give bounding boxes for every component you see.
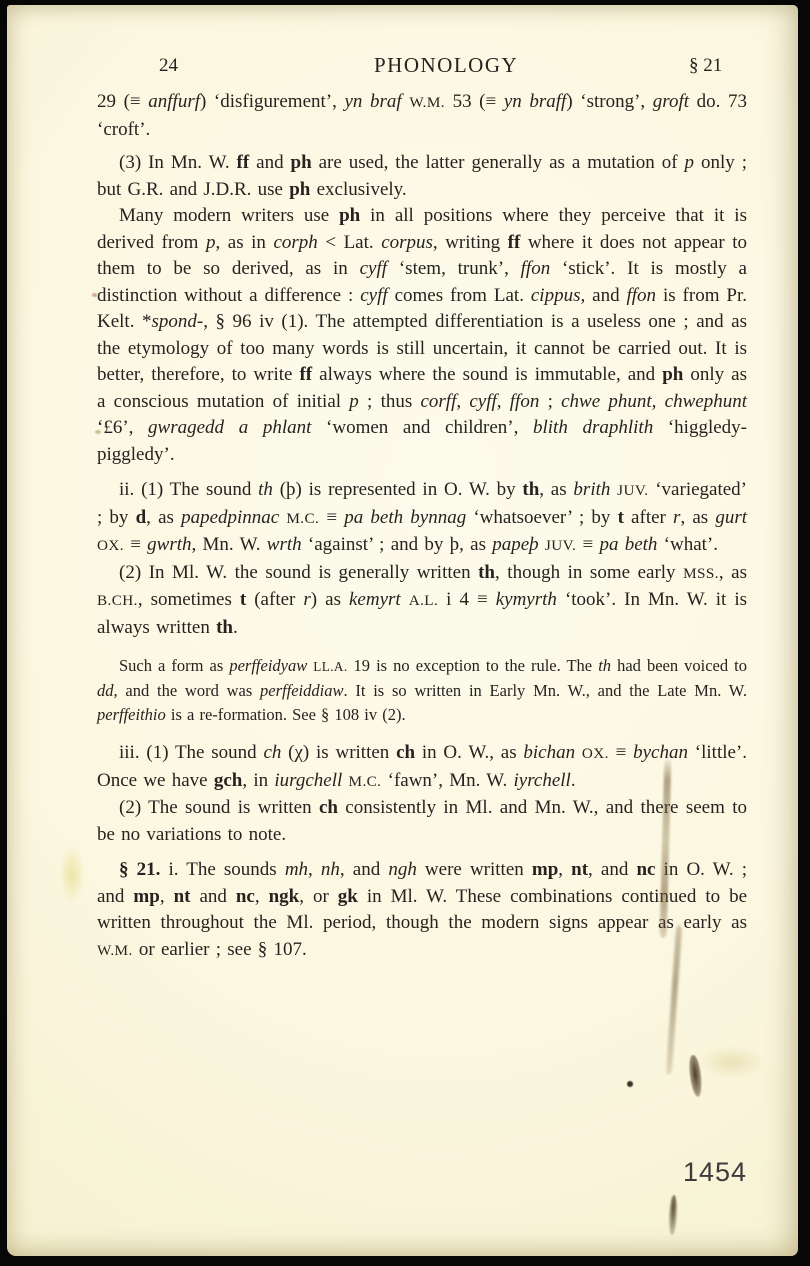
text-segment: yn braff	[504, 91, 567, 112]
text-segment: cyff	[360, 258, 387, 279]
text-segment: th	[478, 562, 495, 583]
text-segment: , in	[242, 770, 274, 791]
text-segment: ‘what’.	[657, 534, 718, 555]
text-segment: iurgchell	[274, 770, 342, 791]
text-segment: gurt	[715, 507, 747, 528]
text-segment: r	[303, 589, 310, 610]
running-title: PHONOLOGY	[374, 53, 518, 78]
text-segment: OX.	[97, 537, 124, 554]
text-segment: ,	[308, 859, 321, 880]
text-segment: ≡	[576, 534, 599, 555]
text-segment: or earlier ; see § 107.	[133, 939, 307, 960]
text-segment: (after	[246, 589, 303, 610]
text-segment: iyrchell	[514, 770, 571, 791]
text-segment: dd	[97, 681, 114, 700]
section-number: § 21	[689, 55, 722, 77]
text-segment: B.CH.	[97, 592, 138, 609]
text-segment: after	[624, 507, 673, 528]
text-segment: chwe phunt, chwephunt	[561, 391, 747, 412]
text-segment: ffon	[626, 285, 656, 306]
text-segment: , though in some early	[495, 562, 683, 583]
text-segment: < Lat.	[318, 232, 381, 253]
text-segment: ) ‘strong’,	[566, 91, 652, 112]
text-segment: wrth	[267, 534, 302, 555]
text-segment: corph	[273, 232, 317, 253]
text-segment: Many modern writers use	[119, 205, 339, 226]
text-segment: , Mn. W.	[192, 534, 267, 555]
text-segment: ) as	[311, 589, 349, 610]
text-segment: Such a form as	[119, 656, 229, 675]
text-segment: corff, cyff, ffon	[420, 391, 539, 412]
text-segment: always where the sound is immutable, and	[312, 364, 662, 385]
text-segment	[401, 589, 409, 610]
text-segment: spond-	[152, 311, 204, 332]
text-segment: ≡	[124, 534, 147, 555]
text-segment: ‘fawn’, Mn. W.	[381, 770, 513, 791]
text-segment: A.L.	[409, 592, 438, 609]
text-segment: th	[522, 479, 539, 500]
text-segment: W.M.	[409, 94, 445, 111]
text-segment: gch	[214, 770, 243, 791]
text-segment: d	[136, 507, 147, 528]
text-segment: and	[249, 152, 290, 173]
paper-smudge	[697, 1045, 767, 1079]
text-segment: mp	[532, 859, 558, 880]
text-segment: M.C.	[286, 510, 319, 527]
text-segment	[575, 742, 582, 763]
text-segment: OX.	[582, 745, 609, 762]
text-segment: perffeithio	[97, 705, 166, 724]
text-segment: ff	[237, 152, 250, 173]
text-segment: ‘stem, trunk’,	[387, 258, 521, 279]
text-segment: ph	[291, 152, 312, 173]
paragraph: (2) In Ml. W. the sound is generally wri…	[97, 560, 747, 642]
text-segment: 29 (≡	[97, 91, 148, 112]
text-segment: nc	[236, 886, 255, 907]
text-segment: , sometimes	[138, 589, 240, 610]
text-segment: , and the word was	[114, 681, 261, 700]
text-segment: iii. (1) The sound	[119, 742, 263, 763]
text-segment: bychan	[633, 742, 688, 763]
text-segment: nh	[321, 859, 340, 880]
text-segment: ,	[255, 886, 269, 907]
text-segment: ≡	[609, 742, 633, 763]
text-segment: , and	[340, 859, 388, 880]
text-segment: p	[349, 391, 359, 412]
text-segment: ‘whatsoever’ ; by	[466, 507, 617, 528]
paragraph: ii. (1) The sound th (þ) is represented …	[97, 477, 747, 560]
paragraph: 29 (≡ anffurf) ‘disfigurement’, yn braf …	[97, 89, 747, 143]
text-segment: ch	[263, 742, 281, 763]
text-segment: .	[571, 770, 576, 791]
text-segment: gk	[338, 886, 358, 907]
text-segment: i 4 ≡	[438, 589, 496, 610]
text-segment: ch	[396, 742, 415, 763]
text-segment: , as	[719, 562, 747, 583]
text-segment: pa beth bynnag	[344, 507, 466, 528]
text-segment: ,	[558, 859, 571, 880]
text-segment: groft	[653, 91, 689, 112]
text-segment: nt	[174, 886, 191, 907]
paper-smudge	[59, 845, 85, 905]
text-segment: corpus	[381, 232, 433, 253]
text-segment: (χ) is written	[281, 742, 396, 763]
text-segment: nc	[636, 859, 655, 880]
text-segment: , writing	[433, 232, 508, 253]
text-segment: ch	[319, 797, 338, 818]
paragraph: Many modern writers use ph in all positi…	[97, 203, 747, 468]
text-segment: ph	[339, 205, 360, 226]
text-segment: ph	[662, 364, 683, 385]
text-segment: mh	[285, 859, 308, 880]
scan-frame: 24 PHONOLOGY § 21 29 (≡ anffurf) ‘disfig…	[0, 0, 810, 1266]
text-segment: , as in	[215, 232, 273, 253]
text-segment: ngh	[388, 859, 417, 880]
book-page: 24 PHONOLOGY § 21 29 (≡ anffurf) ‘disfig…	[7, 5, 798, 1256]
text-segment: bichan	[523, 742, 575, 763]
text-segment: papeþ	[492, 534, 538, 555]
ink-stain-blob	[688, 1055, 703, 1098]
paragraph: (3) In Mn. W. ff and ph are used, the la…	[97, 150, 747, 203]
text-segment: mp	[133, 886, 159, 907]
text-segment: , as	[146, 507, 181, 528]
text-segment: gwragedd a phlant	[148, 417, 311, 438]
text-segment: pa beth	[599, 534, 657, 555]
text-segment: ‘against’ ; and by þ, as	[302, 534, 493, 555]
text-segment: and	[585, 285, 626, 306]
text-segment: ) ‘disfigurement’,	[200, 91, 344, 112]
text-segment: , and	[588, 859, 636, 880]
text-segment: (þ) is represented in O. W. by	[273, 479, 522, 500]
paragraph: Such a form as perffeidyaw LL.A. 19 is n…	[97, 654, 747, 727]
text-segment: comes from Lat.	[388, 285, 531, 306]
text-segment: cyff	[360, 285, 387, 306]
text-segment: ≡	[319, 507, 344, 528]
text-segment: JUV.	[545, 537, 576, 554]
text-segment: ii. (1) The sound	[119, 479, 258, 500]
text-segment: ,	[160, 886, 174, 907]
text-segment: § 21.	[119, 859, 160, 880]
text-segment: ph	[289, 179, 310, 200]
text-segment: cippus,	[531, 285, 585, 306]
text-segment: blith draphlith	[533, 417, 653, 438]
text-segment: is a re-formation. See § 108 iv (2).	[166, 705, 406, 724]
page-number: 24	[159, 55, 178, 77]
text-segment: , as	[539, 479, 573, 500]
text-segment: anffurf	[148, 91, 200, 112]
page-text: 29 (≡ anffurf) ‘disfigurement’, yn braf …	[97, 89, 747, 964]
text-segment: ff	[508, 232, 521, 253]
paragraph: iii. (1) The sound ch (χ) is written ch …	[97, 740, 747, 795]
text-segment: ; thus	[359, 391, 421, 412]
text-segment: th	[258, 479, 273, 500]
text-segment: .	[233, 617, 238, 638]
text-segment: MSS.	[683, 565, 719, 582]
text-segment: th	[598, 656, 611, 675]
text-segment: . It is so written in Early Mn. W., and …	[343, 681, 747, 700]
text-segment: papedpinnac	[181, 507, 279, 528]
ink-dot	[627, 1081, 633, 1087]
paragraph: § 21. i. The sounds mh, nh, and ngh were…	[97, 857, 747, 964]
text-segment: ;	[539, 391, 561, 412]
text-segment: were written	[417, 859, 532, 880]
text-segment: 53 (≡	[445, 91, 504, 112]
paragraph: (2) The sound is written ch consistently…	[97, 795, 747, 848]
text-segment: 19 is no exception to the rule. The	[348, 656, 599, 675]
text-segment: exclusively.	[310, 179, 406, 200]
ink-stain-blob	[668, 1195, 678, 1235]
text-segment: and	[190, 886, 235, 907]
text-segment: perffeiddiaw	[260, 681, 343, 700]
text-segment: M.C.	[349, 773, 382, 790]
text-segment: kemyrt	[349, 589, 401, 610]
text-segment: kymyrth	[496, 589, 557, 610]
text-segment: ‘women and children’,	[311, 417, 533, 438]
text-segment: brith	[573, 479, 610, 500]
text-segment: gwrth	[147, 534, 191, 555]
text-segment: had been voiced to	[611, 656, 747, 675]
text-segment: LL.A.	[313, 659, 347, 674]
text-segment: th	[216, 617, 233, 638]
text-segment: , or	[299, 886, 338, 907]
text-segment: , as	[680, 507, 715, 528]
text-segment: (2) The sound is written	[119, 797, 319, 818]
text-segment: i. The sounds	[160, 859, 284, 880]
text-segment: (3) In Mn. W.	[119, 152, 237, 173]
text-segment: ‘£6’,	[97, 417, 148, 438]
text-segment: JUV.	[617, 482, 648, 499]
stamp-number: 1454	[683, 1157, 747, 1188]
text-segment: yn braf	[344, 91, 401, 112]
text-segment: are used, the latter generally as a muta…	[312, 152, 685, 173]
text-segment: ngk	[269, 886, 300, 907]
text-segment: ffon	[521, 258, 551, 279]
text-segment: W.M.	[97, 942, 133, 959]
text-segment: in O. W., as	[415, 742, 523, 763]
text-segment: nt	[571, 859, 588, 880]
text-segment: ff	[299, 364, 312, 385]
text-segment: perffeidyaw	[229, 656, 307, 675]
text-segment: (2) In Ml. W. the sound is generally wri…	[119, 562, 478, 583]
text-segment: p	[685, 152, 695, 173]
